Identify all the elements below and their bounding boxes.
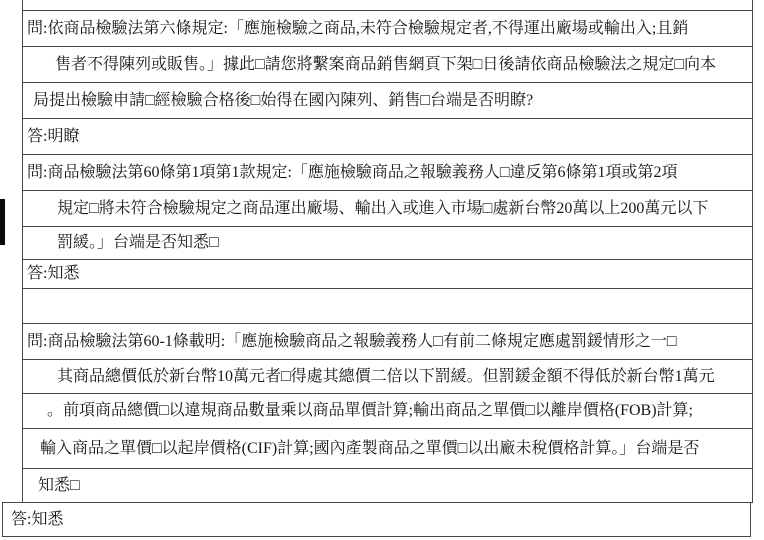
table-row-question3-line3: 。前項商品總價□以違規商品數量乘以商品單價計算;輸出商品之單價□以離岸價格(FO…: [22, 393, 753, 429]
table-row-question1-line2: 售者不得陳列或販售。」據此□請您將繫案商品銷售網頁下架□日後請依商品檢驗法之規定…: [22, 46, 753, 83]
table-row-question2-line1: 問:商品檢驗法第60條第1項第1款規定:「應施檢驗商品之報驗義務人□違反第6條第…: [22, 154, 753, 191]
table-row-question2-line2: 規定□將未符合檢驗規定之商品運出廠場、輸出入或進入市場□處新台幣20萬以上200…: [22, 190, 753, 227]
table-row-question1-line1: 問:依商品檢驗法第六條規定:「應施檢驗之商品,未符合檢驗規定者,不得運出廠場或輸…: [22, 10, 753, 47]
row-text: 問:商品檢驗法第60-1條載明:「應施檢驗商品之報驗義務人□有前二條規定應處罰鍰…: [27, 334, 677, 350]
document-page: 問:依商品檢驗法第六條規定:「應施檢驗之商品,未符合檢驗規定者,不得運出廠場或輸…: [0, 0, 764, 540]
table-row-answer2: 答:知悉: [22, 259, 753, 289]
table-row-question1-line3: 局提出檢驗申請□經檢驗合格後□始得在國內陳列、銷售□台端是否明瞭?: [22, 82, 753, 119]
table-row-question3-line5: 知悉□: [22, 468, 753, 503]
row-text: 答:知悉: [27, 266, 79, 282]
scan-artifact-mark: [0, 199, 5, 245]
row-text: 罰緩。」台端是否知悉□: [57, 235, 219, 251]
row-text: 輸入商品之單價□以起岸價格(CIF)計算;國內產製商品之單價□以出廠未稅價格計算…: [40, 441, 699, 457]
table-row-answer1: 答:明瞭: [22, 118, 753, 155]
row-text: 答:明瞭: [27, 129, 79, 145]
table-row-question2-line3: 罰緩。」台端是否知悉□: [22, 226, 753, 260]
row-text: 問:商品檢驗法第60條第1項第1款規定:「應施檢驗商品之報驗義務人□違反第6條第…: [27, 165, 678, 181]
row-text: 售者不得陳列或販售。」據此□請您將繫案商品銷售網頁下架□日後請依商品檢驗法之規定…: [55, 57, 716, 73]
table-row-question3-line2: 其商品總價低於新台幣10萬元者□得處其總價二倍以下罰緩。但罰鍰金額不得低於新台幣…: [22, 359, 753, 394]
row-text: 局提出檢驗申請□經檢驗合格後□始得在國內陳列、銷售□台端是否明瞭?: [33, 93, 533, 109]
row-text: 知悉□: [38, 478, 80, 494]
table-row-question3-line1: 問:商品檢驗法第60-1條載明:「應施檢驗商品之報驗義務人□有前二條規定應處罰鍰…: [22, 323, 753, 360]
row-text: 答:知悉: [11, 512, 63, 528]
table-row-answer3: 答:知悉: [2, 502, 751, 537]
table-row-question3-line4: 輸入商品之單價□以起岸價格(CIF)計算;國內產製商品之單價□以出廠未稅價格計算…: [22, 428, 753, 469]
row-text: 。前項商品總價□以違規商品數量乘以商品單價計算;輸出商品之單價□以離岸價格(FO…: [47, 403, 693, 419]
row-text: 規定□將未符合檢驗規定之商品運出廠場、輸出入或進入市場□處新台幣20萬以上200…: [57, 201, 708, 217]
row-text: 其商品總價低於新台幣10萬元者□得處其總價二倍以下罰緩。但罰鍰金額不得低於新台幣…: [57, 369, 715, 385]
row-text: 問:依商品檢驗法第六條規定:「應施檢驗之商品,未符合檢驗規定者,不得運出廠場或輸…: [27, 21, 688, 37]
table-row-blank-spacer: [22, 288, 753, 324]
